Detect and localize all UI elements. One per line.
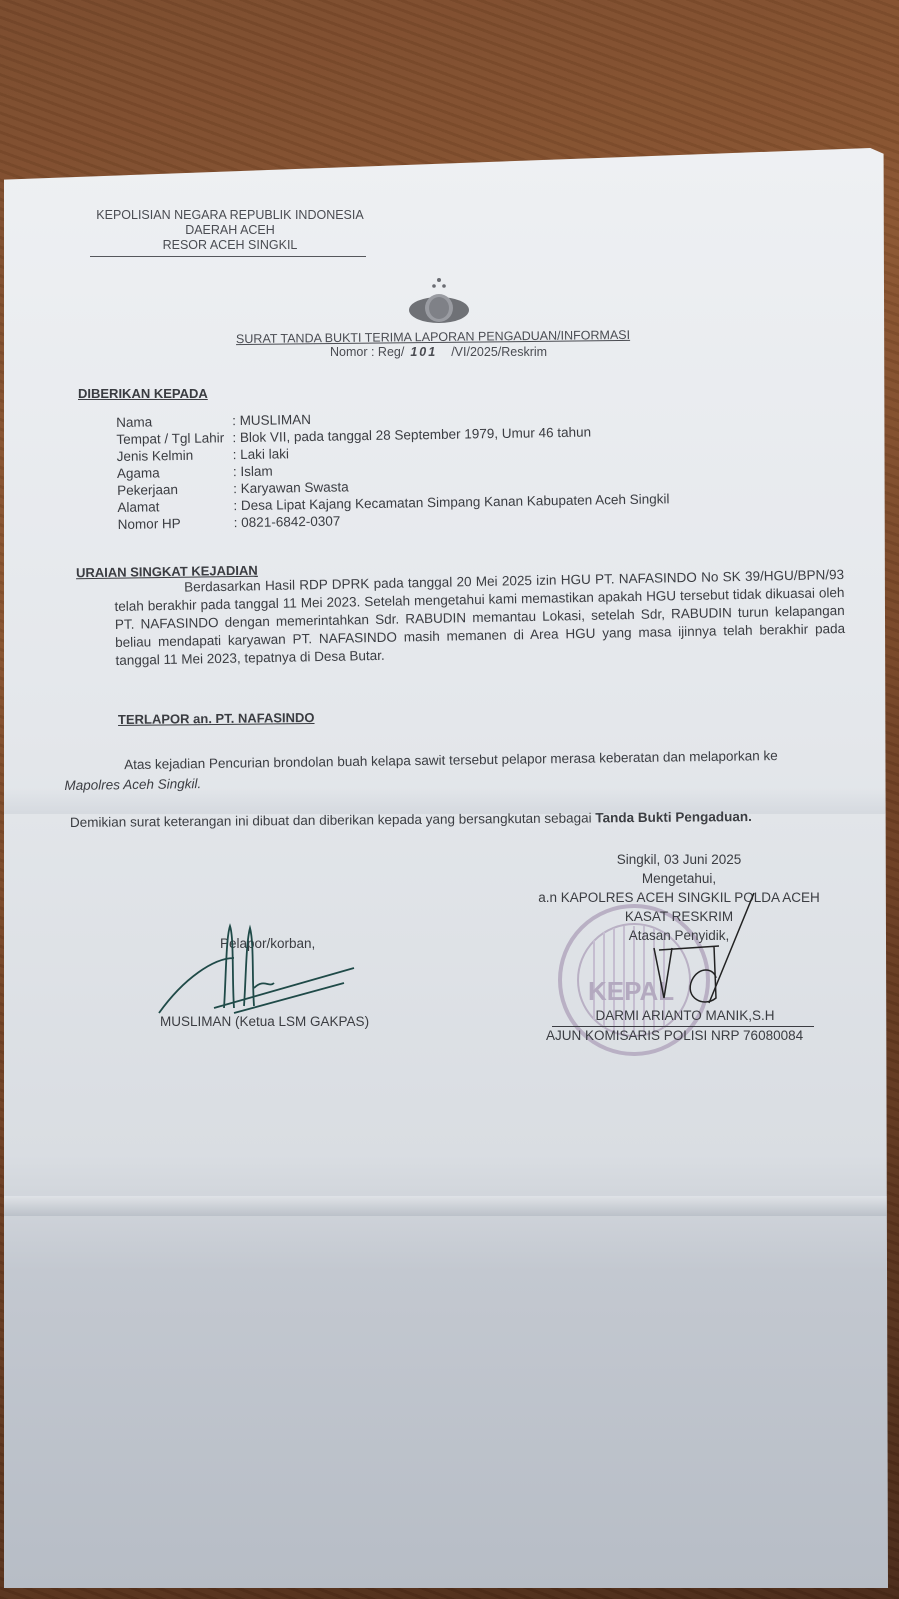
signature-line: [552, 1026, 814, 1027]
reporter-name: MUSLIMAN (Ketua LSM GAKPAS): [160, 1014, 369, 1029]
place-date: Singkil, 03 Juni 2025: [524, 850, 834, 869]
letterhead: KEPOLISIAN NEGARA REPUBLIK INDONESIA DAE…: [90, 208, 370, 253]
letterhead-line3: RESOR ACEH SINGKIL: [90, 238, 370, 253]
reporter-signature-icon: [154, 918, 364, 1018]
reported-heading: TERLAPOR an. PT. NAFASINDO: [118, 710, 315, 727]
official-rank: AJUN KOMISARIS POLISI NRP 76080084: [546, 1028, 803, 1043]
acknowledged-label: Mengetahui,: [524, 869, 834, 888]
official-signature-icon: [614, 888, 774, 1008]
letterhead-line1: KEPOLISIAN NEGARA REPUBLIK INDONESIA: [90, 208, 370, 223]
recipient-fields: Nama: MUSLIMAN Tempat / Tgl Lahir: Blok …: [116, 405, 670, 533]
document-paper: KEPOLISIAN NEGARA REPUBLIK INDONESIA DAE…: [4, 148, 888, 1588]
letterhead-line2: DAERAH ACEH: [90, 223, 370, 238]
number-prefix: Nomor : Reg/: [330, 345, 404, 359]
number-suffix: /VI/2025/Reskrim: [451, 345, 547, 359]
recipient-heading: DIBERIKAN KEPADA: [78, 386, 208, 401]
paper-fold: [4, 1196, 888, 1216]
document-number: Nomor : Reg/101/VI/2025/Reskrim: [330, 345, 547, 359]
document-title: SURAT TANDA BUKTI TERIMA LAPORAN PENGADU…: [236, 328, 630, 346]
letterhead-underline: [90, 256, 366, 257]
official-name: DARMI ARIANTO MANIK,S.H: [550, 1008, 820, 1023]
police-emblem-icon: [404, 276, 474, 326]
incident-description: Berdasarkan Hasil RDP DPRK pada tanggal …: [114, 566, 846, 670]
handwritten-number: 101: [410, 345, 437, 359]
